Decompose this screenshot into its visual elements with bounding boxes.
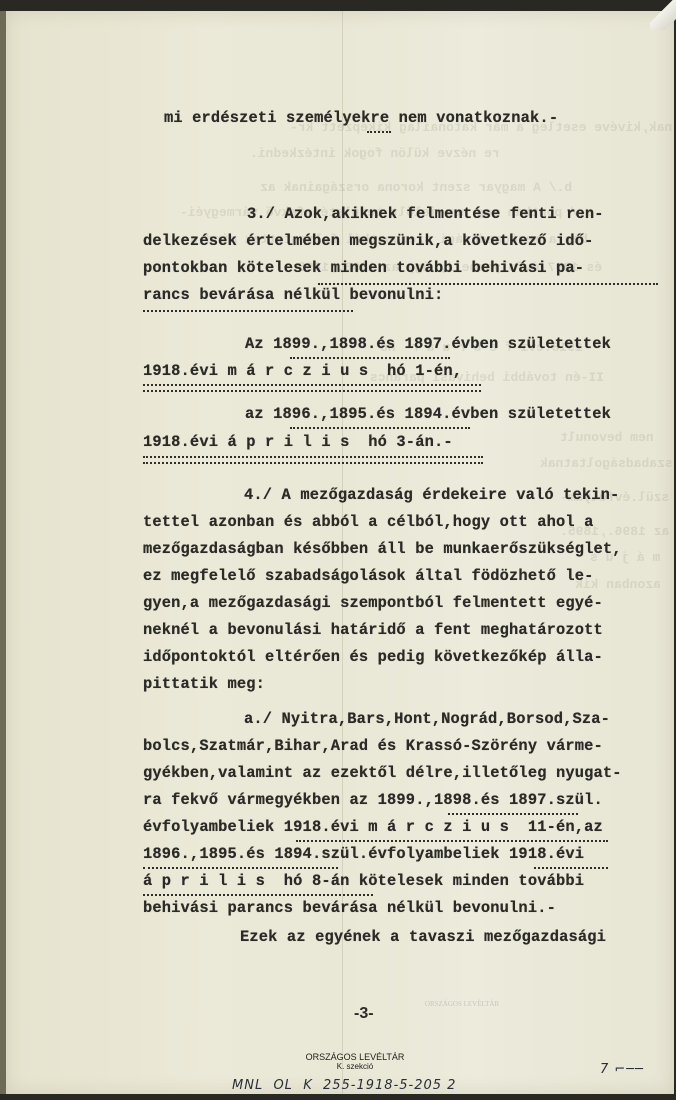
text-line: bolcs,Szatmár,Bihar,Arad és Krassó-Szöré… bbox=[143, 737, 603, 755]
bleed-through-stamp: ORSZÁGOS LEVÉLTÁR bbox=[422, 1000, 502, 1008]
text-line: behivási parancs bevárása nélkül bevonul… bbox=[143, 899, 556, 917]
underline bbox=[318, 283, 658, 285]
underline bbox=[143, 310, 353, 312]
underline bbox=[143, 390, 481, 392]
underline bbox=[367, 131, 391, 133]
underline bbox=[143, 867, 338, 869]
text-line: á p r i l i s hó 8-án kötelesek minden t… bbox=[143, 872, 584, 890]
underline bbox=[534, 867, 608, 869]
underline bbox=[296, 840, 608, 842]
bleed-through-text: nem bevonult bbox=[560, 430, 654, 445]
text-line: rancs bevárása nélkül bevonulni: bbox=[143, 286, 443, 304]
margin-note: 7 ⌐── bbox=[600, 1062, 644, 1077]
text-line: 1918.évi á p r i l i s hó 3-án.- bbox=[143, 433, 453, 451]
text-line: évfolyambeliek 1918.évi m á r c z i u s … bbox=[143, 818, 603, 836]
bleed-through-text: b./ A magyar szent korona országainak az bbox=[260, 180, 572, 195]
text-line: mezőgazdaságban későbben áll be munkaerő… bbox=[143, 540, 622, 558]
text-line: 1896.,1895.és 1894.szül.évfolyambeliek 1… bbox=[143, 845, 584, 863]
text-line: az 1896.,1895.és 1894.évben születettek bbox=[245, 405, 611, 423]
text-line: 4./ A mezőgazdaság érdekeire való tekin- bbox=[244, 486, 619, 504]
stamp-line-2: K. szekció bbox=[295, 1062, 415, 1071]
text-line: mi erdészeti személyekre nem vonatkoznak… bbox=[164, 109, 558, 127]
page-number: -3- bbox=[354, 1005, 374, 1023]
text-line: időpontoktól eltérően és pedig következő… bbox=[143, 648, 603, 666]
text-line: ez megfelelő szabadságolások által födöz… bbox=[143, 567, 594, 585]
underline bbox=[143, 894, 373, 896]
underline bbox=[143, 462, 483, 464]
torn-corner bbox=[650, 0, 676, 30]
text-line: 3./ Azok,akiknek felmentése fenti ren- bbox=[247, 205, 604, 223]
underline bbox=[290, 357, 450, 359]
text-line: neknél a bevonulási határidő a fent megh… bbox=[143, 621, 603, 639]
text-line: gyékben,valamint az ezektől délre,illető… bbox=[143, 764, 622, 782]
text-line: delkezések értelmében megszünik,a követk… bbox=[143, 232, 594, 250]
text-line: tettel azonban és abból a célból,hogy ot… bbox=[143, 513, 594, 531]
archive-stamp: ORSZÁGOS LEVÉLTÁR K. szekció bbox=[295, 1052, 415, 1071]
text-line: a./ Nyitra,Bars,Hont,Nográd,Borsod,Sza- bbox=[244, 710, 610, 728]
underline bbox=[448, 813, 578, 815]
underline bbox=[143, 456, 483, 458]
archive-reference: MNL OL K 255-1918-5-205 2 bbox=[232, 1078, 456, 1093]
bleed-through-text: szabadságoltatnak bbox=[540, 456, 673, 471]
text-line: ra fekvő vármegyékben az 1899.,1898.és 1… bbox=[143, 791, 603, 809]
text-line: pontokban kötelesek minden további behiv… bbox=[143, 259, 584, 277]
text-line: Az 1899.,1898.és 1897.évben születettek bbox=[245, 335, 611, 353]
underline bbox=[143, 384, 481, 386]
text-line: pittatik meg: bbox=[143, 675, 265, 693]
text-line: Ezek az egyének a tavaszi mezőgazdasági bbox=[240, 928, 606, 946]
underline bbox=[290, 427, 470, 429]
text-line: gyen,a mezőgazdasági szempontból felment… bbox=[143, 594, 603, 612]
text-line: 1918.évi m á r c z i u s hó 1-én, bbox=[143, 362, 462, 380]
bleed-through-text: re nézve külön fogok intézkedni. bbox=[250, 146, 500, 161]
stamp-line-1: ORSZÁGOS LEVÉLTÁR bbox=[295, 1052, 415, 1062]
